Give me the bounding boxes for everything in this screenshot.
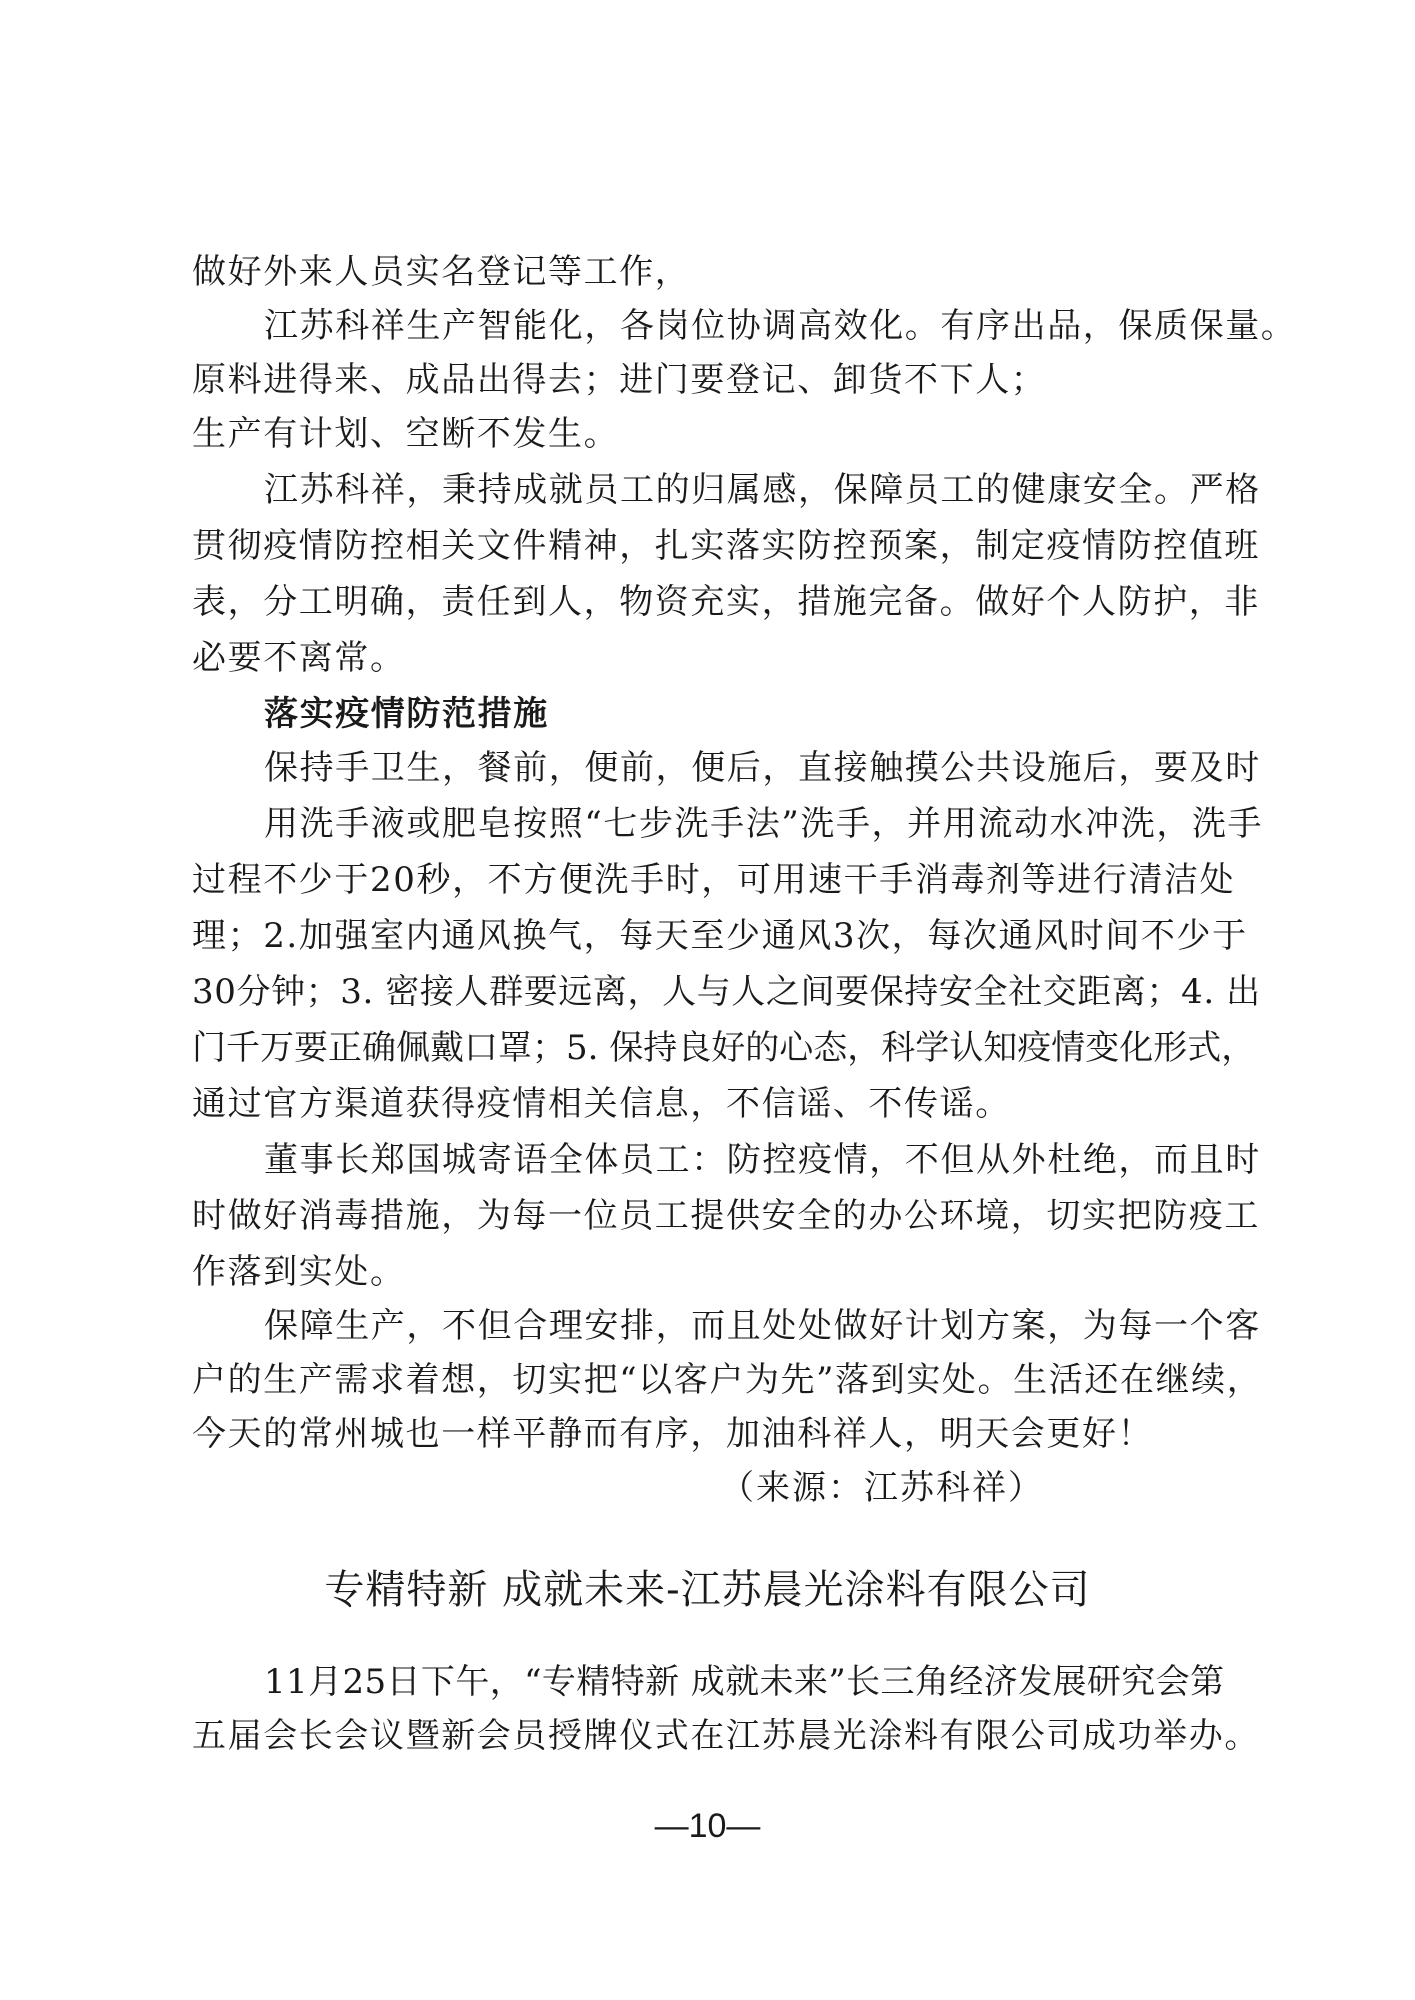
- paragraph-line: 保障生产，不但合理安排，而且处处做好计划方案，为每一个客: [264, 1306, 1324, 1346]
- paragraph-line: 江苏科祥，秉持成就员工的归属感，保障员工的健康安全。严格: [264, 470, 1324, 510]
- paragraph-line: 作落到实处。: [192, 1252, 1252, 1292]
- paragraph-line: 户的生产需求着想，切实把“以客户为先”落到实处。生活还在继续，: [192, 1360, 1252, 1400]
- paragraph-line: 原料进得来、成品出得去；进门要登记、卸货不下人；: [192, 360, 1252, 400]
- paragraph-line: 贯彻疫情防控相关文件精神，扎实落实防控预案，制定疫情防控值班: [192, 526, 1252, 566]
- article-title: 专精特新 成就未来-江苏晨光涂料有限公司: [0, 1566, 1415, 1614]
- paragraph-line: 董事长郑国城寄语全体员工：防控疫情，不但从外杜绝，而且时: [264, 1140, 1324, 1180]
- section-heading: 落实疫情防范措施: [264, 694, 1324, 734]
- paragraph-line: 30分钟；3. 密接人群要远离，人与人之间要保持安全社交距离；4. 出: [192, 972, 1252, 1012]
- paragraph-line: 理；2.加强室内通风换气，每天至少通风3次，每次通风时间不少于: [192, 916, 1252, 956]
- paragraph-line: 生产有计划、空断不发生。: [192, 414, 1252, 454]
- paragraph-line: 门千万要正确佩戴口罩；5. 保持良好的心态，科学认知疫情变化形式，: [192, 1028, 1252, 1068]
- paragraph-line: 11月25日下午，“专精特新 成就未来”长三角经济发展研究会第: [264, 1662, 1324, 1702]
- paragraph-line: 保持手卫生，餐前，便前，便后，直接触摸公共设施后，要及时: [264, 748, 1324, 788]
- source-attribution: （来源：江苏科祥）: [720, 1468, 1044, 1508]
- paragraph-line: 过程不少于20秒，不方便洗手时，可用速干手消毒剂等进行清洁处: [192, 860, 1252, 900]
- document-page: 做好外来人员实名登记等工作， 江苏科祥生产智能化，各岗位协调高效化。有序出品，保…: [0, 0, 1415, 2000]
- paragraph-line: 表，分工明确，责任到人，物资充实，措施完备。做好个人防护，非: [192, 582, 1252, 622]
- paragraph-line: 今天的常州城也一样平静而有序，加油科祥人，明天会更好！: [192, 1414, 1252, 1454]
- paragraph-line: 通过官方渠道获得疫情相关信息，不信谣、不传谣。: [192, 1084, 1252, 1124]
- paragraph-line: 时做好消毒措施，为每一位员工提供安全的办公环境，切实把防疫工: [192, 1196, 1252, 1236]
- page-number: —10—: [0, 1806, 1415, 1846]
- paragraph-line: 做好外来人员实名登记等工作，: [192, 252, 1252, 292]
- paragraph-line: 必要不离常。: [192, 638, 1252, 678]
- paragraph-line: 用洗手液或肥皂按照“七步洗手法”洗手，并用流动水冲洗，洗手: [264, 804, 1324, 844]
- paragraph-line: 江苏科祥生产智能化，各岗位协调高效化。有序出品，保质保量。: [264, 306, 1254, 346]
- paragraph-line: 五届会长会议暨新会员授牌仪式在江苏晨光涂料有限公司成功举办。: [192, 1716, 1252, 1756]
